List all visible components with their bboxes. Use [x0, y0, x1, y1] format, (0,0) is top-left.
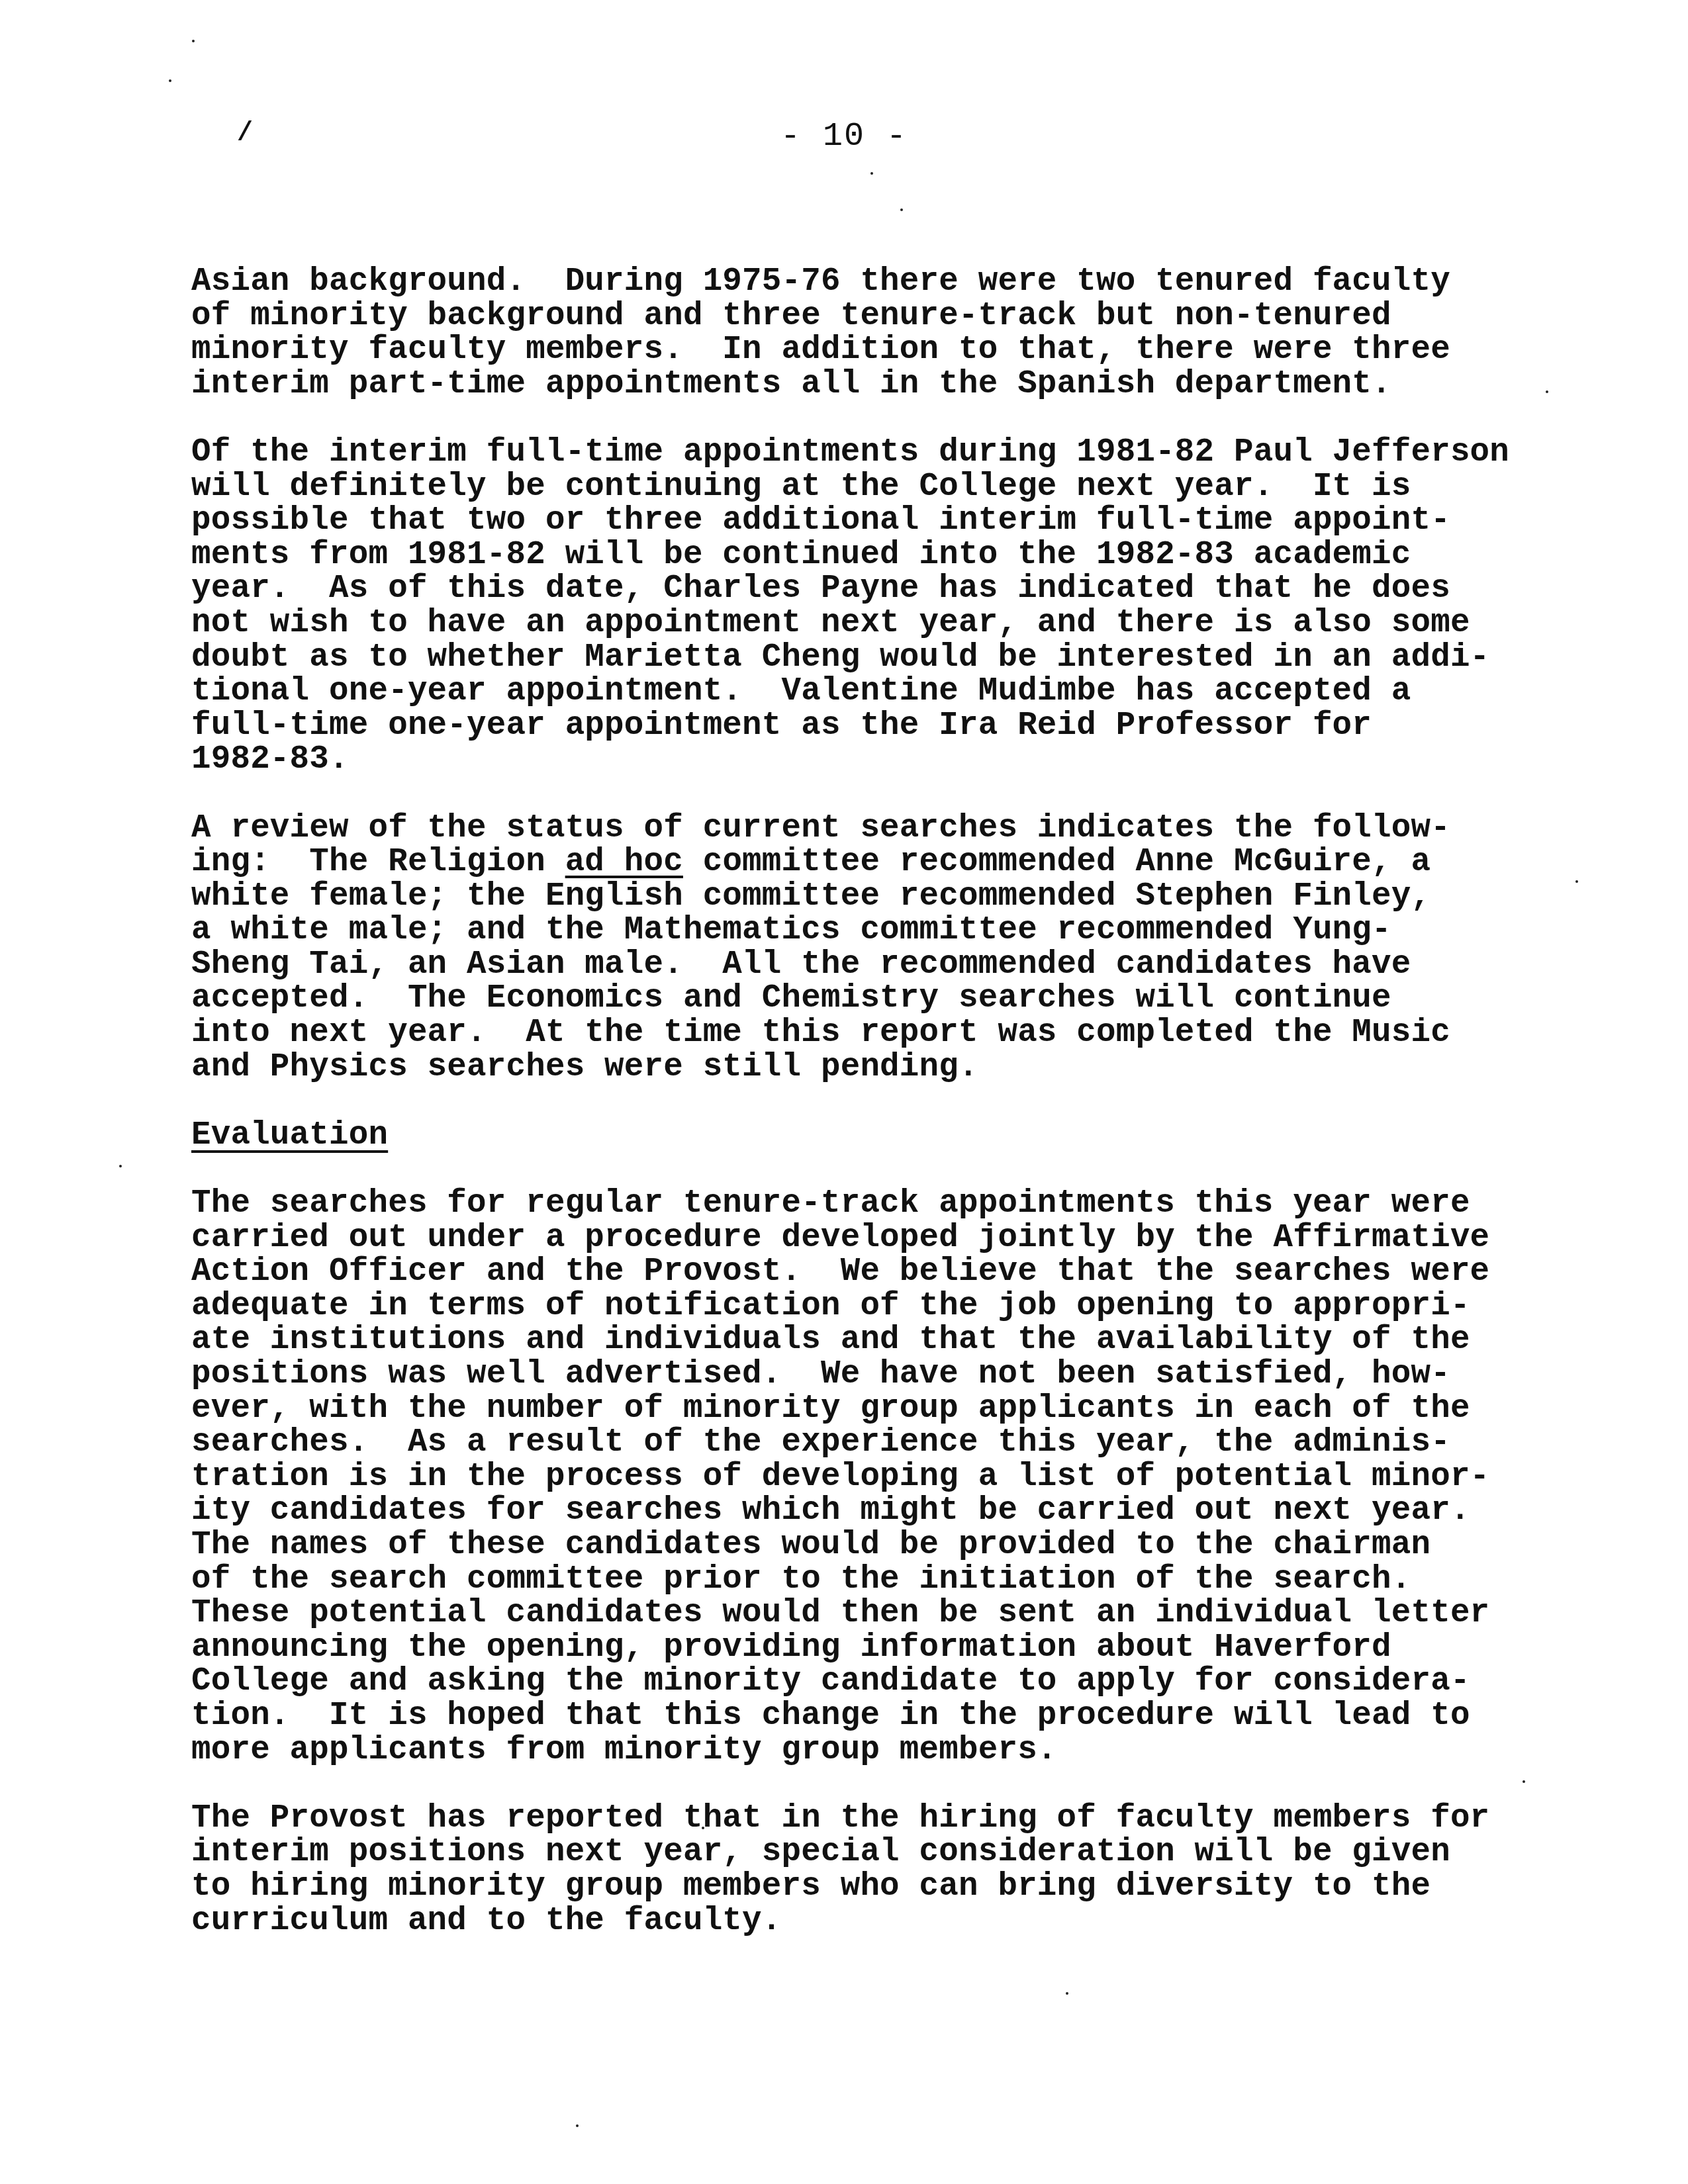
paragraph-search-status: A review of the status of current search… [191, 811, 1648, 1085]
text-span: Sheng Tai, an Asian male. All the recomm… [191, 946, 1411, 983]
text-span: accepted. The Economics and Chemistry se… [191, 979, 1391, 1017]
text-line: full-time one-year appointment as the Ir… [191, 709, 1648, 743]
text-line: doubt as to whether Marietta Cheng would… [191, 641, 1648, 675]
text-line: College and asking the minority candidat… [191, 1664, 1648, 1699]
text-line: Of the interim full-time appointments du… [191, 435, 1648, 470]
paragraph-evaluation-searches: The searches for regular tenure-track ap… [191, 1187, 1648, 1767]
text-line: minority faculty members. In addition to… [191, 333, 1648, 367]
text-line: Sheng Tai, an Asian male. All the recomm… [191, 948, 1648, 982]
text-line: The Provost has reported that in the hir… [191, 1801, 1648, 1836]
text-span: white female; the English committee reco… [191, 878, 1430, 915]
text-line: into next year. At the time this report … [191, 1016, 1648, 1050]
scan-speck [192, 40, 195, 42]
text-line: ever, with the number of minority group … [191, 1392, 1648, 1426]
text-line: ate institutions and individuals and tha… [191, 1323, 1648, 1357]
text-line: not wish to have an appointment next yea… [191, 606, 1648, 641]
paragraph-interim-appointments: Of the interim full-time appointments du… [191, 435, 1648, 777]
text-line: ments from 1981-82 will be continued int… [191, 538, 1648, 572]
text-line: year. As of this date, Charles Payne has… [191, 572, 1648, 606]
text-line: 1982-83. [191, 743, 1648, 777]
text-line: Action Officer and the Provost. We belie… [191, 1255, 1648, 1289]
text-line: of the search committee prior to the ini… [191, 1563, 1648, 1597]
text-line: and Physics searches were still pending. [191, 1050, 1648, 1085]
text-span: a white male; and the Mathematics commit… [191, 911, 1391, 948]
scan-speck [870, 172, 873, 175]
text-line: searches. As a result of the experience … [191, 1426, 1648, 1460]
underlined-term: ad hoc [565, 843, 683, 880]
scan-speck [1523, 1780, 1525, 1783]
text-line: white female; the English committee reco… [191, 880, 1648, 914]
paragraph-provost-interim-hiring: The Provost has reported that in the hir… [191, 1801, 1648, 1938]
text-line: adequate in terms of notification of the… [191, 1289, 1648, 1324]
scan-speck [1575, 880, 1578, 883]
scan-speck [702, 1827, 704, 1829]
text-line: positions was well advertised. We have n… [191, 1357, 1648, 1392]
scan-speck [576, 2124, 579, 2127]
text-line: The names of these candidates would be p… [191, 1528, 1648, 1563]
text-line: will definitely be continuing at the Col… [191, 470, 1648, 504]
text-line: ity candidates for searches which might … [191, 1494, 1648, 1528]
scan-speck [119, 1165, 122, 1167]
section-heading-evaluation: Evaluation [191, 1118, 388, 1153]
text-line: more applicants from minority group memb… [191, 1733, 1648, 1768]
scan-speck [169, 79, 171, 82]
text-line: These potential candidates would then be… [191, 1596, 1648, 1631]
text-line: curriculum and to the faculty. [191, 1904, 1648, 1938]
text-span: into next year. At the time this report … [191, 1014, 1450, 1051]
text-line: interim positions next year, special con… [191, 1835, 1648, 1870]
text-line: A review of the status of current search… [191, 811, 1648, 846]
text-line: interim part-time appointments all in th… [191, 367, 1648, 402]
document-page: / - 10 - Asian background. During 1975-7… [0, 0, 1688, 2184]
text-line: of minority background and three tenure-… [191, 299, 1648, 334]
text-line: tional one-year appointment. Valentine M… [191, 674, 1648, 709]
scan-speck [1066, 1992, 1068, 1995]
paragraph-minority-faculty-1975: Asian background. During 1975-76 there w… [191, 265, 1648, 401]
text-line: carried out under a procedure developed … [191, 1221, 1648, 1255]
scan-speck [900, 208, 903, 211]
text-line: tration is in the process of developing … [191, 1460, 1648, 1494]
text-line: accepted. The Economics and Chemistry se… [191, 981, 1648, 1016]
text-line: Asian background. During 1975-76 there w… [191, 265, 1648, 299]
text-line: The searches for regular tenure-track ap… [191, 1187, 1648, 1221]
text-line: a white male; and the Mathematics commit… [191, 913, 1648, 948]
text-span: ing: The Religion [191, 843, 565, 880]
text-span: A review of the status of current search… [191, 809, 1450, 846]
text-line: possible that two or three additional in… [191, 504, 1648, 538]
text-line: tion. It is hoped that this change in th… [191, 1699, 1648, 1733]
text-line: to hiring minority group members who can… [191, 1870, 1648, 1904]
scan-speck [1546, 390, 1548, 393]
text-line: ing: The Religion ad hoc committee recom… [191, 845, 1648, 880]
document-body: Asian background. During 1975-76 there w… [191, 265, 1648, 1972]
text-span: and Physics searches were still pending. [191, 1048, 978, 1085]
page-number: - 10 - [0, 118, 1688, 156]
text-span: committee recommended Anne McGuire, a [683, 843, 1430, 880]
text-line: announcing the opening, providing inform… [191, 1631, 1648, 1665]
